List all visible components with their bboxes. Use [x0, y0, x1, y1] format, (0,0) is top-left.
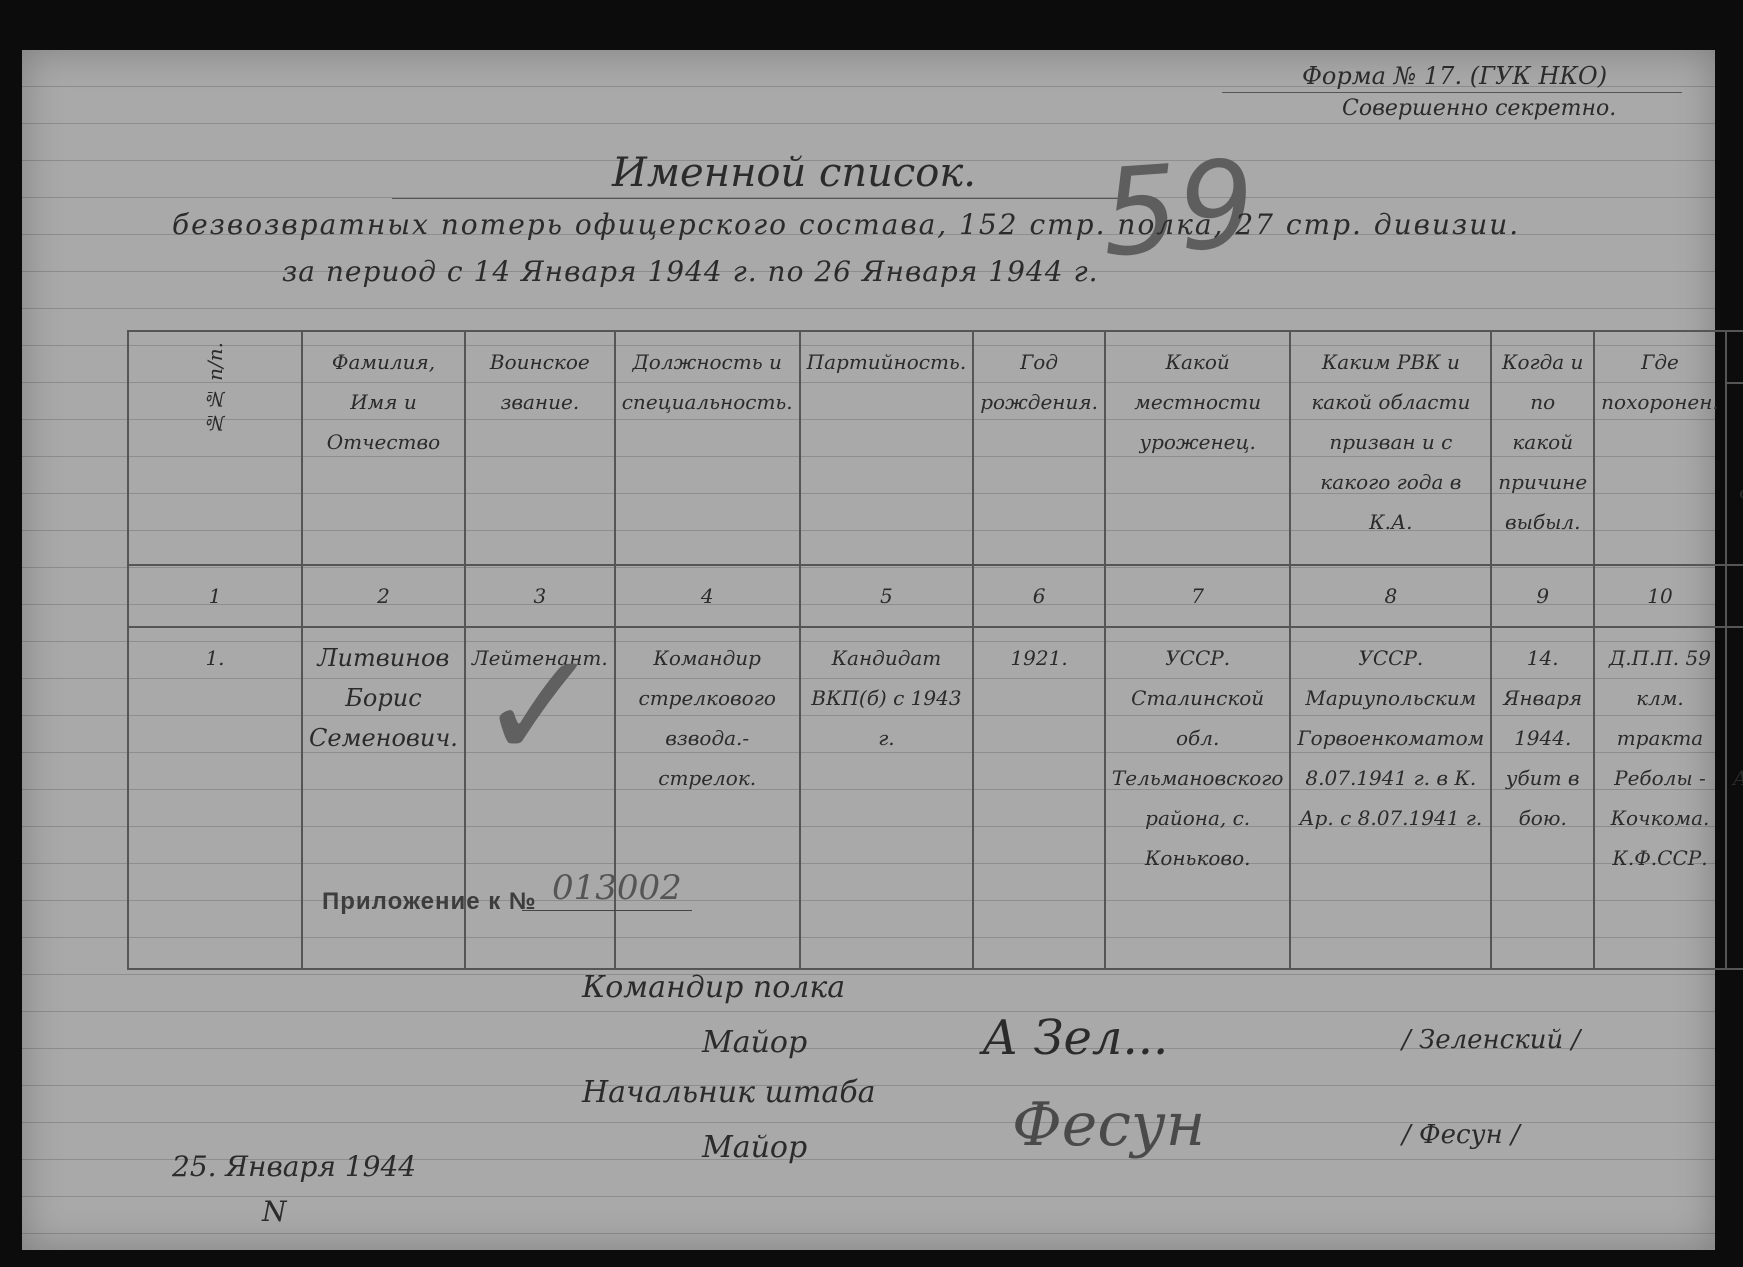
commander-signature: А Зел... [982, 1010, 1168, 1066]
col-number: 9 [1491, 565, 1594, 627]
col-header-2: Фамилия, Имя и Отчество [302, 331, 465, 565]
commander-title: Командир полка [582, 970, 845, 1005]
chief-of-staff-rank: Майор [702, 1130, 807, 1165]
appendix-number: 013002 [552, 868, 682, 908]
col-header-3: Воинское звание. [465, 331, 615, 565]
chief-of-staff-signature: Фесун [1012, 1090, 1205, 1160]
col-number: 8 [1290, 565, 1491, 627]
form-reference: Форма № 17. (ГУК НКО) [1302, 62, 1607, 90]
col-header-5: Партийность. [800, 331, 974, 565]
table-header-row: №№ п/п. Фамилия, Имя и Отчество Воинское… [128, 331, 1743, 383]
column-number-row: 1 2 3 4 5 6 7 8 9 10 11 12 [128, 565, 1743, 627]
relatives-group-header: Ближайшие родственники. [1726, 331, 1743, 383]
commander-rank: Майор [702, 1025, 807, 1060]
col-header-6: Год рождения. [973, 331, 1105, 565]
commander-name: / Зеленский / [1402, 1025, 1580, 1055]
col-header-8: Каким РВК и какой области призван и с ка… [1290, 331, 1491, 565]
col-number: 3 [465, 565, 615, 627]
casualty-table: №№ п/п. Фамилия, Имя и Отчество Воинское… [127, 330, 1743, 970]
document-page: Форма № 17. (ГУК НКО) Совершенно секретн… [22, 50, 1715, 1250]
col-header-10: Где похоронен. [1594, 331, 1726, 565]
col-number: 6 [973, 565, 1105, 627]
document-date: 25. Января 1944 [172, 1150, 416, 1183]
cell-birth-year: 1921. [973, 627, 1105, 969]
col-number: 4 [615, 565, 800, 627]
classification-label: Совершенно секретно. [1342, 96, 1616, 121]
appendix-stamp: Приложение к № [322, 888, 537, 916]
chief-of-staff-title: Начальник штаба [582, 1075, 876, 1110]
col-number: 11 [1726, 565, 1743, 627]
cell-when-why: 14. Января 1944. убит в бою. [1491, 627, 1594, 969]
chief-of-staff-name: / Фесун / [1402, 1120, 1520, 1150]
document-title: Именной список. [612, 150, 976, 196]
col-number: 2 [302, 565, 465, 627]
cell-position: Командир стрелкового взвода.- стрелок. [615, 627, 800, 969]
col-header-11: Родственное отношение. Фамилия, Имя и От… [1726, 383, 1743, 565]
col-header-9: Когда и по какой причине выбыл. [1491, 331, 1594, 565]
divider [1222, 92, 1682, 93]
cell-buried: Д.П.П. 59 клм. тракта Реболы - Кочкома. … [1594, 627, 1726, 969]
col-number: 5 [800, 565, 974, 627]
document-subtitle: безвозвратных потерь офицерского состава… [172, 208, 1520, 241]
col-number: 1 [128, 565, 302, 627]
cell-name: Литвинов Борис Семенович. [302, 627, 465, 969]
checkmark-icon: ✓ [477, 620, 603, 794]
divider [392, 198, 1142, 199]
cell-num: 1. [128, 627, 302, 969]
col-header-7: Какой местности уроженец. [1105, 331, 1290, 565]
table-row: 1. Литвинов Борис Семенович. Лейтенант. … [128, 627, 1743, 969]
cell-drafted: УССР. Мариупольским Горвоенкоматом 8.07.… [1290, 627, 1491, 969]
col-number: 10 [1594, 565, 1726, 627]
date-mark: N [262, 1195, 287, 1228]
cell-party: Кандидат ВКП(б) с 1943 г. [800, 627, 974, 969]
cell-birthplace: УССР. Сталинской обл. Тельмановского рай… [1105, 627, 1290, 969]
col-header-4: Должность и специальность. [615, 331, 800, 565]
col-number: 7 [1105, 565, 1290, 627]
divider [522, 910, 692, 911]
col-header-1: №№ п/п. [128, 331, 302, 565]
cell-relatives: Отец Литвинов Семен Александрович. Мать … [1726, 627, 1743, 969]
report-period: за период с 14 Января 1944 г. по 26 Янва… [282, 255, 1099, 288]
